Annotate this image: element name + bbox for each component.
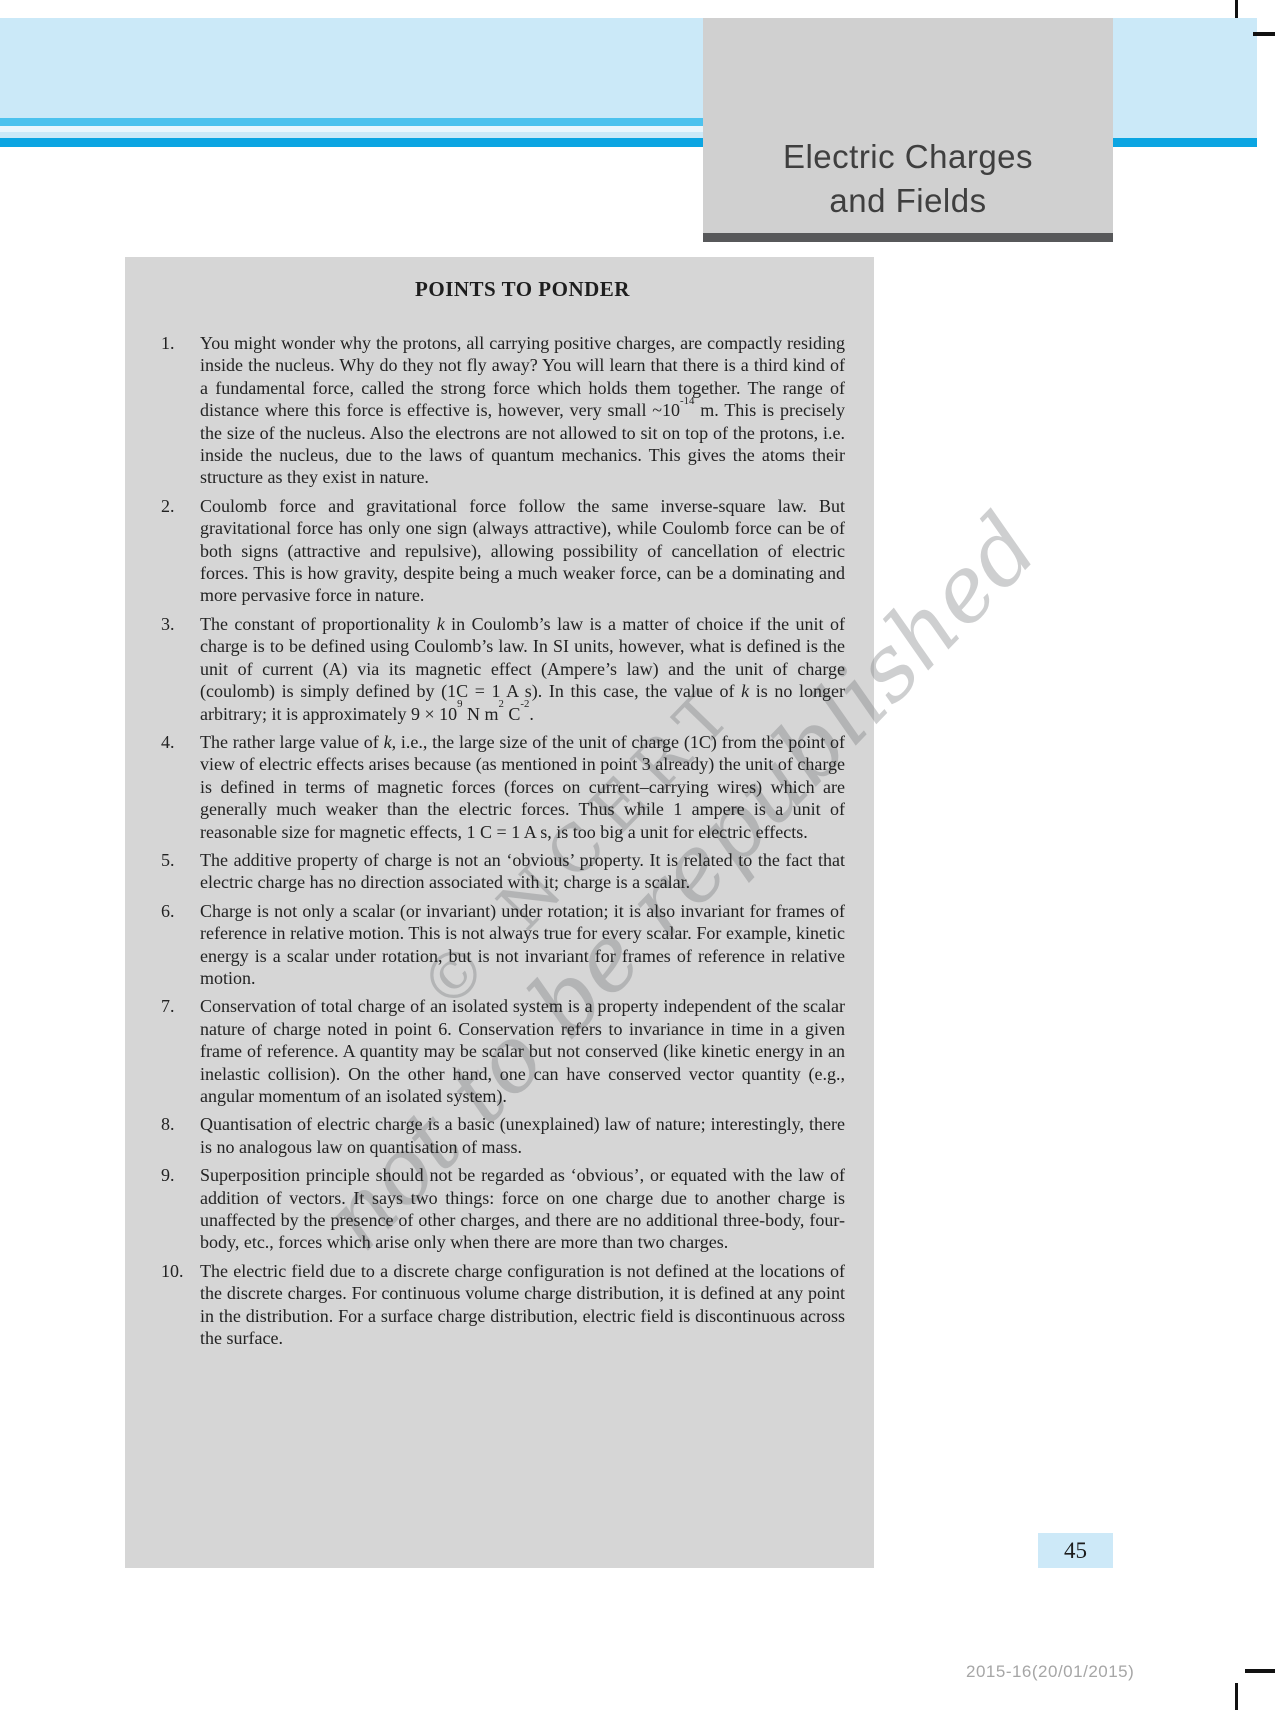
point-number: 8. (161, 1113, 200, 1158)
point-text: You might wonder why the protons, all ca… (200, 332, 845, 489)
point-item: 8.Quantisation of electric charge is a b… (161, 1113, 845, 1158)
chapter-title-line2: and Fields (703, 179, 1113, 223)
point-number: 9. (161, 1164, 200, 1254)
point-number: 1. (161, 332, 200, 489)
point-number: 4. (161, 731, 200, 843)
point-number: 10. (161, 1260, 200, 1350)
point-item: 3.The constant of proportionality k in C… (161, 613, 845, 725)
crop-mark-top-right-tick (1235, 0, 1238, 18)
point-number: 5. (161, 849, 200, 894)
point-number: 6. (161, 900, 200, 990)
chapter-title-line1: Electric Charges (703, 135, 1113, 179)
point-number: 7. (161, 995, 200, 1107)
point-text: Conservation of total charge of an isola… (200, 995, 845, 1107)
chapter-title-box: Electric Charges and Fields (703, 18, 1113, 233)
crop-mark-bottom-right-dash (1245, 1669, 1275, 1673)
header-stripe-pale (0, 126, 703, 132)
chapter-box-underline-bar (703, 233, 1113, 242)
book-page: Electric Charges and Fields © NCERT not … (0, 0, 1275, 1710)
point-text: The electric field due to a discrete cha… (200, 1260, 845, 1350)
points-to-ponder-panel: POINTS TO PONDER 1.You might wonder why … (125, 257, 874, 1568)
points-list: 1.You might wonder why the protons, all … (161, 332, 845, 1349)
page-number-box: 45 (1038, 1533, 1113, 1568)
points-heading: POINTS TO PONDER (200, 277, 845, 302)
header-stripe-medium (0, 118, 703, 126)
crop-mark-top-right-dash (1253, 32, 1275, 36)
point-item: 10.The electric field due to a discrete … (161, 1260, 845, 1350)
point-item: 6.Charge is not only a scalar (or invari… (161, 900, 845, 990)
point-text: The additive property of charge is not a… (200, 849, 845, 894)
point-number: 2. (161, 495, 200, 607)
point-text: Superposition principle should not be re… (200, 1164, 845, 1254)
point-item: 7.Conservation of total charge of an iso… (161, 995, 845, 1107)
page-number: 45 (1064, 1538, 1087, 1564)
point-item: 1.You might wonder why the protons, all … (161, 332, 845, 489)
point-item: 2.Coulomb force and gravitational force … (161, 495, 845, 607)
point-text: The rather large value of k, i.e., the l… (200, 731, 845, 843)
point-item: 9.Superposition principle should not be … (161, 1164, 845, 1254)
point-number: 3. (161, 613, 200, 725)
point-item: 5.The additive property of charge is not… (161, 849, 845, 894)
point-text: Quantisation of electric charge is a bas… (200, 1113, 845, 1158)
point-text: Charge is not only a scalar (or invarian… (200, 900, 845, 990)
crop-mark-bottom-right-tick (1235, 1683, 1238, 1710)
chapter-title: Electric Charges and Fields (703, 135, 1113, 223)
point-item: 4.The rather large value of k, i.e., the… (161, 731, 845, 843)
point-text: The constant of proportionality k in Cou… (200, 613, 845, 725)
edition-footer-note: 2015-16(20/01/2015) (966, 1662, 1134, 1682)
point-text: Coulomb force and gravitational force fo… (200, 495, 845, 607)
